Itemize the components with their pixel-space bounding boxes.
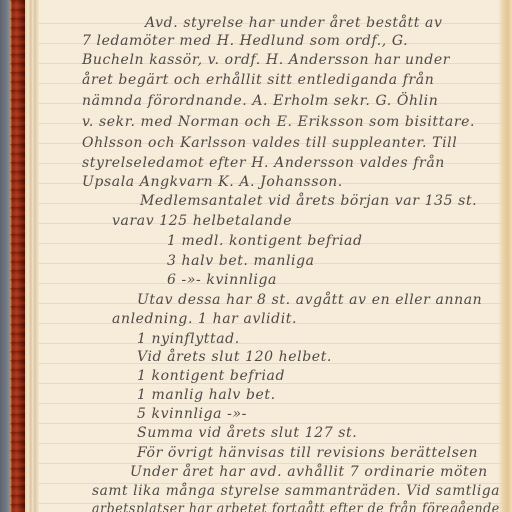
text-line: Summa vid årets slut 127 st. [137, 425, 357, 441]
text-line: 1 kontigent befriad [137, 368, 285, 384]
text-line: 1 medl. kontigent befriad [167, 233, 363, 249]
page-fold-shadow [498, 0, 512, 512]
page-edges [25, 0, 39, 512]
text-line: 5 kvinnliga -»- [137, 406, 247, 422]
text-line: året begärt och erhållit sitt entledigan… [82, 72, 434, 88]
text-line: Utav dessa har 8 st. avgått av en eller … [137, 292, 482, 308]
text-line: 3 halv bet. manliga [167, 253, 315, 269]
text-line: samt lika många styrelse sammanträden. V… [92, 483, 500, 499]
text-line: Avd. styrelse har under året bestått av [145, 15, 443, 31]
text-line: Bucheln kassör, v. ordf. H. Andersson ha… [82, 52, 450, 68]
book-cover-edge [0, 0, 10, 512]
text-line: 6 -»- kvinnliga [167, 272, 277, 288]
text-line: För övrigt hänvisas till revisions berät… [137, 445, 478, 461]
text-line: varav 125 helbetalande [112, 213, 292, 229]
text-line: anledning. 1 har avlidit. [112, 311, 297, 327]
text-line: Ohlsson och Karlsson valdes till supplea… [82, 135, 457, 151]
book-spine [10, 0, 25, 512]
text-line: 1 nyinflyttad. [137, 331, 240, 347]
text-line: arbetsplatser har arbetet fortgått efter… [92, 501, 500, 512]
text-line: 1 manlig halv bet. [137, 387, 276, 403]
text-line: 7 ledamöter med H. Hedlund som ordf., G. [82, 33, 408, 49]
text-line: nämnda förordnande. A. Erholm sekr. G. Ö… [82, 93, 438, 109]
text-line: Medlemsantalet vid årets början var 135 … [140, 193, 477, 209]
text-line: styrelseledamot efter H. Andersson valde… [82, 155, 445, 171]
text-line: v. sekr. med Norman och E. Eriksson som … [82, 114, 475, 130]
text-line: Vid årets slut 120 helbet. [137, 349, 332, 365]
text-line: Upsala Angkvarn K. A. Johansson. [82, 174, 343, 190]
text-line: Under året har avd. avhållit 7 ordinarie… [130, 464, 488, 480]
